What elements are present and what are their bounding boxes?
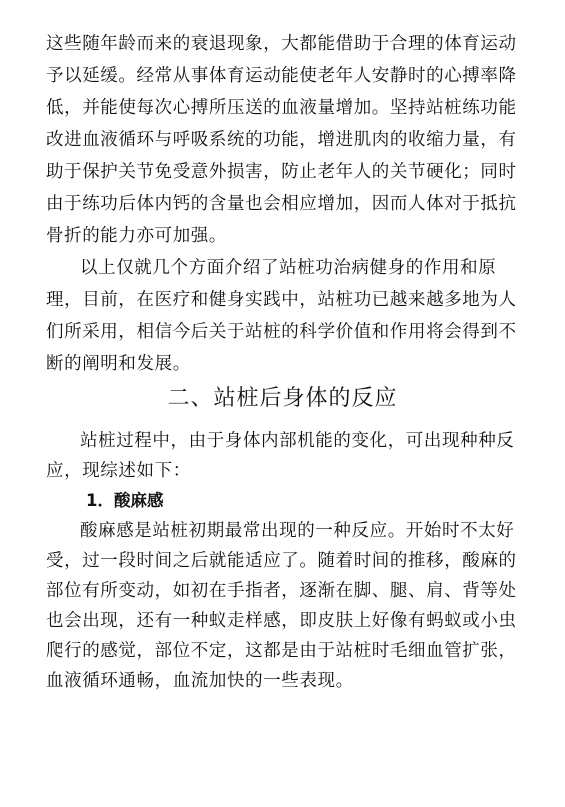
text-line: 改进血液循环与呼吸系统的功能，增进肌肉的收缩力量，有 — [46, 129, 456, 151]
subsection-title: 1．酸麻感 — [86, 490, 163, 512]
text-line: 部位有所变动，如初在手指者，逐渐在脚、腿、肩、背等处 — [46, 580, 456, 602]
text-line: 也会出现，还有一种蚁走样感，即皮肤上好像有蚂蚁或小虫 — [46, 610, 456, 632]
text-line: 骨折的能力亦可加强。 — [46, 225, 456, 247]
section-heading: 二、站桩后身体的反应 — [0, 385, 565, 413]
text-line: 站桩过程中，由于身体内部机能的变化，可出现种种反 — [80, 430, 456, 452]
text-line: 受，过一段时间之后就能适应了。随着时间的推移，酸麻的 — [46, 550, 456, 572]
text-line: 低，并能使每次心搏所压送的血液量增加。坚持站桩练功能 — [46, 97, 456, 119]
text-line: 由于练功后体内钙的含量也会相应增加，因而人体对于抵抗 — [46, 193, 456, 215]
text-line: 这些随年龄而来的衰退现象，大都能借助于合理的体育运动 — [46, 33, 456, 55]
text-line: 血液循环通畅，血流加快的一些表现。 — [46, 670, 456, 692]
book-page: 这些随年龄而来的衰退现象，大都能借助于合理的体育运动 予以延缓。经常从事体育运动… — [0, 0, 565, 807]
text-line: 助于保护关节免受意外损害，防止老年人的关节硬化；同时 — [46, 161, 456, 183]
text-line: 理，目前，在医疗和健身实践中，站桩功已越来越多地为人 — [46, 289, 456, 311]
text-line: 爬行的感觉，部位不定，这都是由于站桩时毛细血管扩张， — [46, 640, 456, 662]
text-line: 予以延缓。经常从事体育运动能使老年人安静时的心搏率降 — [46, 65, 456, 87]
text-line: 应，现综述如下： — [46, 460, 456, 482]
text-line: 以上仅就几个方面介绍了站桩功治病健身的作用和原 — [80, 257, 456, 279]
text-line: 断的阐明和发展。 — [46, 353, 456, 375]
text-line: 们所采用，相信今后关于站桩的科学价值和作用将会得到不 — [46, 321, 456, 343]
text-line: 酸麻感是站桩初期最常出现的一种反应。开始时不太好 — [80, 520, 456, 542]
